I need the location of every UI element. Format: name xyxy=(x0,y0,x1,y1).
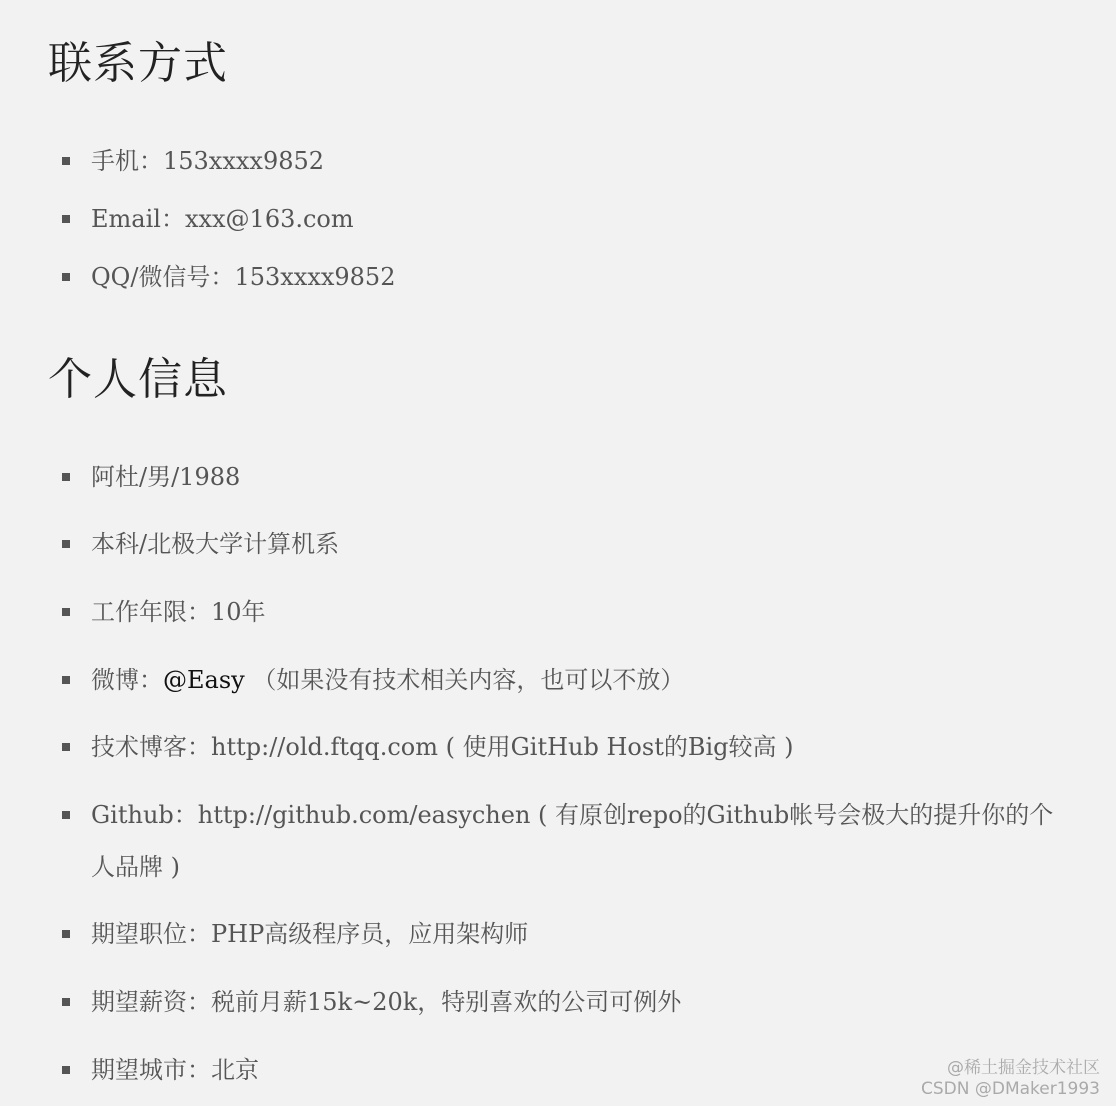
square-bullet-icon xyxy=(62,998,70,1006)
weibo-link[interactable]: @Easy xyxy=(163,666,245,694)
item-label: 期望薪资： xyxy=(91,988,211,1016)
list-item-desired-salary: 期望薪资：税前月薪15k~20k，特别喜欢的公司可例外 xyxy=(62,976,1062,1028)
item-value: http://github.com/easychen ( 有原创repo的Git… xyxy=(91,801,1053,881)
item-value: xxx@163.com xyxy=(185,205,354,233)
item-label: 微博： xyxy=(91,666,163,694)
square-bullet-icon xyxy=(62,676,70,684)
square-bullet-icon xyxy=(62,473,70,481)
list-item-desired-city: 期望城市：北京 xyxy=(62,1044,1062,1096)
item-value: 北京 xyxy=(211,1056,259,1084)
list-item-email: Email：xxx@163.com xyxy=(62,193,1062,245)
list-item-education: 本科/北极大学计算机系 xyxy=(62,518,1062,570)
square-bullet-icon xyxy=(62,215,70,223)
item-label: 工作年限： xyxy=(91,598,211,626)
list-item-qq-wechat: QQ/微信号：153xxxx9852 xyxy=(62,251,1062,303)
section-title-contact: 联系方式 xyxy=(48,38,228,90)
item-value: 阿杜/男/1988 xyxy=(91,463,240,491)
list-item-desired-position: 期望职位：PHP高级程序员，应用架构师 xyxy=(62,908,1062,960)
square-bullet-icon xyxy=(62,608,70,616)
item-value: http://old.ftqq.com ( 使用GitHub Host的Big较… xyxy=(211,733,794,761)
item-value: （如果没有技术相关内容，也可以不放） xyxy=(245,666,685,694)
item-label: 期望城市： xyxy=(91,1056,211,1084)
item-value: 153xxxx9852 xyxy=(234,263,395,291)
item-value: 10年 xyxy=(211,598,266,626)
square-bullet-icon xyxy=(62,743,70,751)
list-item-tech-blog: 技术博客：http://old.ftqq.com ( 使用GitHub Host… xyxy=(62,721,1062,773)
square-bullet-icon xyxy=(62,1066,70,1074)
item-label: 技术博客： xyxy=(91,733,211,761)
item-label: 手机： xyxy=(91,147,163,175)
square-bullet-icon xyxy=(62,157,70,165)
list-item-work-years: 工作年限：10年 xyxy=(62,586,1062,638)
square-bullet-icon xyxy=(62,540,70,548)
item-label: 期望职位： xyxy=(91,920,211,948)
item-value: PHP高级程序员，应用架构师 xyxy=(211,920,528,948)
item-value: 本科/北极大学计算机系 xyxy=(91,530,339,558)
watermark-csdn: CSDN @DMaker1993 xyxy=(921,1079,1100,1100)
list-item-identity: 阿杜/男/1988 xyxy=(62,451,1062,503)
item-value: 税前月薪15k~20k，特别喜欢的公司可例外 xyxy=(211,988,681,1016)
square-bullet-icon xyxy=(62,930,70,938)
list-item-weibo: 微博：@Easy （如果没有技术相关内容，也可以不放） xyxy=(62,654,1062,706)
list-item-phone: 手机：153xxxx9852 xyxy=(62,135,1062,187)
square-bullet-icon xyxy=(62,273,70,281)
section-title-personal-info: 个人信息 xyxy=(48,354,228,406)
watermark-juejin: @稀土掘金技术社区 xyxy=(921,1058,1100,1079)
square-bullet-icon xyxy=(62,811,70,819)
item-label: Email： xyxy=(91,205,185,233)
item-value: 153xxxx9852 xyxy=(163,147,324,175)
list-item-github: Github：http://github.com/easychen ( 有原创r… xyxy=(62,789,1062,893)
item-label: QQ/微信号： xyxy=(91,263,234,291)
item-label: Github： xyxy=(91,801,198,829)
watermark: @稀土掘金技术社区 CSDN @DMaker1993 xyxy=(921,1058,1100,1100)
